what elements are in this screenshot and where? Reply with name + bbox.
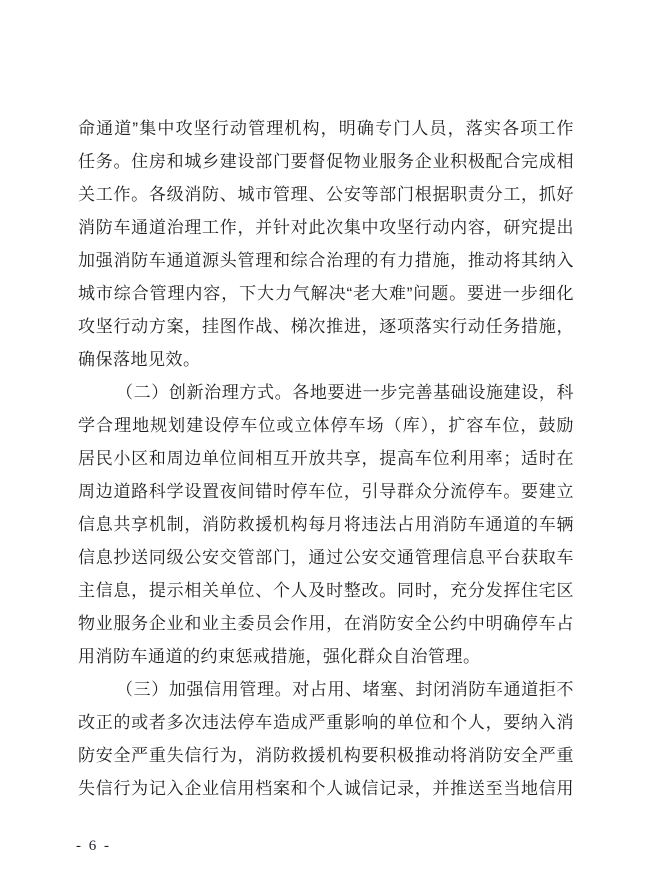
page-number: - 6 - — [76, 838, 111, 855]
paragraph-2: （二）创新治理方式。各地要进一步完善基础设施建设，科学合理地规划建设停车位或立体… — [78, 376, 574, 673]
text-line: 用消防车通道的约束惩戒措施，强化群众自治管理。 — [78, 640, 574, 673]
text-line: 攻坚行动方案，挂图作战、梯次推进，逐项落实行动任务措施， — [78, 310, 574, 343]
text-line: 消防车通道治理工作，并针对此次集中攻坚行动内容，研究提出 — [78, 211, 574, 244]
text-line: 居民小区和周边单位间相互开放共享，提高车位利用率；适时在 — [78, 442, 574, 475]
text-line: 确保落地见效。 — [78, 343, 574, 376]
text-line: 失信行为记入企业信用档案和个人诚信记录，并推送至当地信用 — [78, 772, 574, 805]
text-line: 命通道”集中攻坚行动管理机构，明确专门人员，落实各项工作 — [78, 112, 574, 145]
text-line: （二）创新治理方式。各地要进一步完善基础设施建设，科 — [78, 376, 574, 409]
text-line: 关工作。各级消防、城市管理、公安等部门根据职责分工，抓好 — [78, 178, 574, 211]
text-line: 任务。住房和城乡建设部门要督促物业服务企业积极配合完成相 — [78, 145, 574, 178]
text-line: 物业服务企业和业主委员会作用，在消防安全公约中明确停车占 — [78, 607, 574, 640]
paragraph-3: （三）加强信用管理。对占用、堵塞、封闭消防车通道拒不改正的或者多次违法停车造成严… — [78, 673, 574, 805]
document-page: 命通道”集中攻坚行动管理机构，明确专门人员，落实各项工作任务。住房和城乡建设部门… — [0, 0, 650, 874]
text-line: 信息抄送同级公安交管部门，通过公安交通管理信息平台获取车 — [78, 541, 574, 574]
text-line: 周边道路科学设置夜间错时停车位，引导群众分流停车。要建立 — [78, 475, 574, 508]
text-line: 学合理地规划建设停车位或立体停车场（库），扩容车位，鼓励 — [78, 409, 574, 442]
text-line: （三）加强信用管理。对占用、堵塞、封闭消防车通道拒不 — [78, 673, 574, 706]
text-line: 改正的或者多次违法停车造成严重影响的单位和个人，要纳入消 — [78, 706, 574, 739]
text-line: 防安全严重失信行为，消防救援机构要积极推动将消防安全严重 — [78, 739, 574, 772]
paragraph-1: 命通道”集中攻坚行动管理机构，明确专门人员，落实各项工作任务。住房和城乡建设部门… — [78, 112, 574, 376]
body-text: 命通道”集中攻坚行动管理机构，明确专门人员，落实各项工作任务。住房和城乡建设部门… — [78, 112, 574, 805]
text-line: 城市综合管理内容，下大力气解决“老大难”问题。要进一步细化 — [78, 277, 574, 310]
text-line: 加强消防车通道源头管理和综合治理的有力措施，推动将其纳入 — [78, 244, 574, 277]
text-line: 信息共享机制，消防救援机构每月将违法占用消防车通道的车辆 — [78, 508, 574, 541]
text-line: 主信息，提示相关单位、个人及时整改。同时，充分发挥住宅区 — [78, 574, 574, 607]
